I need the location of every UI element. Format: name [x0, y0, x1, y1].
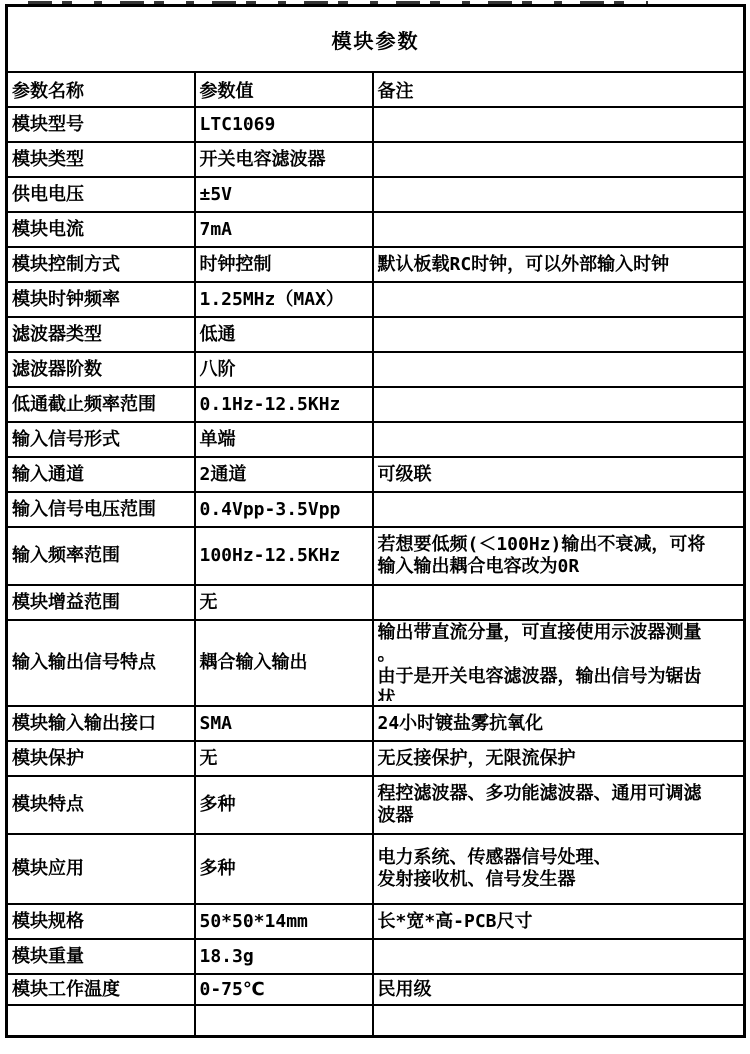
- param-name-cell: 输入通道: [7, 457, 195, 492]
- param-name-cell-text: 供电电压: [12, 184, 190, 206]
- param-name-cell-text: 模块特点: [12, 794, 190, 816]
- param-value-cell: 开关电容滤波器: [195, 142, 373, 177]
- param-value-cell: 无: [195, 585, 373, 620]
- param-name-cell-text: 模块增益范围: [12, 592, 190, 614]
- table-header-row: 参数名称 参数值 备注: [7, 72, 745, 107]
- param-name-cell: 模块型号: [7, 107, 195, 142]
- param-value-cell: 7mA: [195, 212, 373, 247]
- param-name-cell: 低通截止频率范围: [7, 387, 195, 422]
- param-name-cell-text: 模块保护: [12, 748, 190, 770]
- remark-cell: 电力系统、传感器信号处理、 发射接收机、信号发生器: [373, 834, 745, 904]
- param-value-cell: 50*50*14mm: [195, 904, 373, 939]
- remark-cell: [373, 1005, 745, 1037]
- remark-cell-text: 无反接保护，无限流保护: [378, 748, 740, 770]
- remark-cell: [373, 939, 745, 974]
- table-row: 输入信号电压范围0.4Vpp-3.5Vpp: [7, 492, 745, 527]
- param-value-cell-text: 无: [200, 592, 368, 614]
- param-name-cell: 滤波器类型: [7, 317, 195, 352]
- remark-cell: [373, 282, 745, 317]
- module-parameters-table: 模块参数 参数名称 参数值 备注 模块型号LTC1069模块类型开关电容滤波器供…: [5, 4, 746, 1038]
- param-value-cell-text: 耦合输入输出: [200, 652, 368, 674]
- remark-cell-text: 长*宽*高-PCB尺寸: [378, 911, 740, 933]
- param-value-cell-text: 无: [200, 748, 368, 770]
- param-name-cell: 模块输入输出接口: [7, 706, 195, 741]
- remark-cell-text: 程控滤波器、多功能滤波器、通用可调滤 波器: [378, 783, 740, 827]
- param-value-cell-text: 0.4Vpp-3.5Vpp: [200, 499, 368, 521]
- param-name-cell: 模块保护: [7, 741, 195, 776]
- param-value-cell-text: 2通道: [200, 464, 368, 486]
- param-value-cell-text: 时钟控制: [200, 254, 368, 276]
- param-name-cell: 模块特点: [7, 776, 195, 834]
- table-row: 模块类型开关电容滤波器: [7, 142, 745, 177]
- remark-cell: 程控滤波器、多功能滤波器、通用可调滤 波器: [373, 776, 745, 834]
- param-name-cell: 输入输出信号特点: [7, 620, 195, 706]
- remark-cell-text: 若想要低频(＜100Hz)输出不衰减，可将 输入输出耦合电容改为0R: [378, 534, 740, 578]
- remark-cell: [373, 422, 745, 457]
- table-row: 输入通道2通道可级联: [7, 457, 745, 492]
- remark-cell: 若想要低频(＜100Hz)输出不衰减，可将 输入输出耦合电容改为0R: [373, 527, 745, 585]
- column-header-param-value: 参数值: [195, 72, 373, 107]
- param-value-cell: [195, 1005, 373, 1037]
- remark-cell: 可级联: [373, 457, 745, 492]
- param-value-cell: 2通道: [195, 457, 373, 492]
- remark-cell: [373, 317, 745, 352]
- param-name-cell-text: 输入频率范围: [12, 545, 190, 567]
- param-value-cell-text: 多种: [200, 858, 368, 880]
- param-name-cell-text: 模块类型: [12, 149, 190, 171]
- table-row: 模块时钟频率1.25MHz（MAX）: [7, 282, 745, 317]
- remark-cell: [373, 352, 745, 387]
- param-name-cell-text: 低通截止频率范围: [12, 394, 190, 416]
- param-value-cell: 低通: [195, 317, 373, 352]
- param-name-cell: 输入信号电压范围: [7, 492, 195, 527]
- param-name-cell: 模块工作温度: [7, 974, 195, 1005]
- param-value-cell-text: 低通: [200, 324, 368, 346]
- table-title-row: 模块参数: [7, 6, 745, 73]
- param-name-cell-text: 模块型号: [12, 114, 190, 136]
- param-name-cell: 模块重量: [7, 939, 195, 974]
- param-name-cell: 供电电压: [7, 177, 195, 212]
- param-value-cell: 耦合输入输出: [195, 620, 373, 706]
- param-value-cell: 单端: [195, 422, 373, 457]
- param-value-cell-text: 0.1Hz-12.5KHz: [200, 394, 368, 416]
- table-row: 低通截止频率范围0.1Hz-12.5KHz: [7, 387, 745, 422]
- param-name-cell-text: 模块规格: [12, 911, 190, 933]
- table-row: 滤波器阶数八阶: [7, 352, 745, 387]
- column-header-param-name: 参数名称: [7, 72, 195, 107]
- param-value-cell: 时钟控制: [195, 247, 373, 282]
- remark-cell-text: 默认板载RC时钟，可以外部输入时钟: [378, 254, 740, 276]
- table-row: 模块控制方式时钟控制默认板载RC时钟，可以外部输入时钟: [7, 247, 745, 282]
- table-row: 模块重量18.3g: [7, 939, 745, 974]
- param-name-cell: 模块类型: [7, 142, 195, 177]
- param-name-cell-text: 滤波器阶数: [12, 359, 190, 381]
- table-row: 模块特点多种程控滤波器、多功能滤波器、通用可调滤 波器: [7, 776, 745, 834]
- param-name-cell: 模块规格: [7, 904, 195, 939]
- param-value-cell: 18.3g: [195, 939, 373, 974]
- param-value-cell-text: 0-75℃: [200, 979, 368, 1001]
- param-name-cell-text: 模块时钟频率: [12, 289, 190, 311]
- param-value-cell: 八阶: [195, 352, 373, 387]
- table-row: 模块型号LTC1069: [7, 107, 745, 142]
- remark-cell: 长*宽*高-PCB尺寸: [373, 904, 745, 939]
- table-row: 模块应用多种电力系统、传感器信号处理、 发射接收机、信号发生器: [7, 834, 745, 904]
- param-value-cell: ±5V: [195, 177, 373, 212]
- page-title: 模块参数: [7, 6, 745, 73]
- table-row: 模块电流7mA: [7, 212, 745, 247]
- param-value-cell-text: 多种: [200, 794, 368, 816]
- remark-cell: 默认板载RC时钟，可以外部输入时钟: [373, 247, 745, 282]
- param-value-cell: LTC1069: [195, 107, 373, 142]
- param-name-cell: 输入信号形式: [7, 422, 195, 457]
- param-value-cell-text: 开关电容滤波器: [200, 149, 368, 171]
- param-value-cell-text: 单端: [200, 429, 368, 451]
- remark-cell: [373, 387, 745, 422]
- table-row: 输入信号形式单端: [7, 422, 745, 457]
- table-row: 模块规格50*50*14mm长*宽*高-PCB尺寸: [7, 904, 745, 939]
- param-value-cell: 多种: [195, 776, 373, 834]
- remark-cell-text: 可级联: [378, 464, 740, 486]
- param-name-cell: 模块电流: [7, 212, 195, 247]
- table-row: 模块输入输出接口SMA24小时镀盐雾抗氧化: [7, 706, 745, 741]
- param-name-cell-text: 输入输出信号特点: [12, 652, 190, 674]
- remark-cell: [373, 142, 745, 177]
- param-value-cell: 多种: [195, 834, 373, 904]
- remark-cell: 民用级: [373, 974, 745, 1005]
- param-name-cell-text: 模块控制方式: [12, 254, 190, 276]
- param-value-cell-text: LTC1069: [200, 114, 368, 136]
- param-name-cell-text: 模块输入输出接口: [12, 713, 190, 735]
- param-value-cell-text: 1.25MHz（MAX）: [200, 289, 368, 311]
- remark-cell: [373, 177, 745, 212]
- remark-cell: 24小时镀盐雾抗氧化: [373, 706, 745, 741]
- param-value-cell-text: 18.3g: [200, 946, 368, 968]
- param-name-cell-text: 滤波器类型: [12, 324, 190, 346]
- param-value-cell: 1.25MHz（MAX）: [195, 282, 373, 317]
- param-value-cell-text: 100Hz-12.5KHz: [200, 545, 368, 567]
- remark-cell-text: 民用级: [378, 979, 740, 1001]
- remark-cell: [373, 492, 745, 527]
- param-name-cell-text: 输入信号电压范围: [12, 499, 190, 521]
- param-name-cell-text: 模块应用: [12, 858, 190, 880]
- column-header-remark: 备注: [373, 72, 745, 107]
- table-row: 模块保护无无反接保护，无限流保护: [7, 741, 745, 776]
- param-name-cell: 模块时钟频率: [7, 282, 195, 317]
- table-row: 供电电压±5V: [7, 177, 745, 212]
- document-sheet: 模块参数 参数名称 参数值 备注 模块型号LTC1069模块类型开关电容滤波器供…: [5, 4, 746, 1038]
- remark-cell-text: 电力系统、传感器信号处理、 发射接收机、信号发生器: [378, 847, 740, 891]
- param-value-cell: 无: [195, 741, 373, 776]
- table-row: 模块增益范围无: [7, 585, 745, 620]
- param-value-cell-text: 八阶: [200, 359, 368, 381]
- param-value-cell-text: 50*50*14mm: [200, 911, 368, 933]
- table-row: 输入频率范围100Hz-12.5KHz若想要低频(＜100Hz)输出不衰减，可将…: [7, 527, 745, 585]
- param-value-cell-text: ±5V: [200, 184, 368, 206]
- param-name-cell-text: 模块工作温度: [12, 979, 190, 1001]
- param-name-cell: 滤波器阶数: [7, 352, 195, 387]
- param-value-cell: 0.1Hz-12.5KHz: [195, 387, 373, 422]
- remark-cell-text: 24小时镀盐雾抗氧化: [378, 713, 740, 735]
- table-row: 模块工作温度0-75℃民用级: [7, 974, 745, 1005]
- param-name-cell-text: 输入信号形式: [12, 429, 190, 451]
- param-name-cell: [7, 1005, 195, 1037]
- param-name-cell: 模块增益范围: [7, 585, 195, 620]
- remark-cell-text: 输出带直流分量，可直接使用示波器测量 。 由于是开关电容滤波器，输出信号为锯齿 …: [378, 622, 740, 701]
- param-value-cell: 0-75℃: [195, 974, 373, 1005]
- table-row: [7, 1005, 745, 1037]
- param-name-cell-text: 输入通道: [12, 464, 190, 486]
- param-name-cell-text: 模块电流: [12, 219, 190, 241]
- remark-cell: [373, 585, 745, 620]
- param-value-cell: 0.4Vpp-3.5Vpp: [195, 492, 373, 527]
- remark-cell: [373, 107, 745, 142]
- param-name-cell-text: 模块重量: [12, 946, 190, 968]
- remark-cell: 输出带直流分量，可直接使用示波器测量 。 由于是开关电容滤波器，输出信号为锯齿 …: [373, 620, 745, 706]
- param-value-cell-text: 7mA: [200, 219, 368, 241]
- param-value-cell: SMA: [195, 706, 373, 741]
- param-value-cell-text: SMA: [200, 713, 368, 735]
- remark-cell: 无反接保护，无限流保护: [373, 741, 745, 776]
- param-name-cell: 模块控制方式: [7, 247, 195, 282]
- remark-cell: [373, 212, 745, 247]
- table-row: 输入输出信号特点耦合输入输出输出带直流分量，可直接使用示波器测量 。 由于是开关…: [7, 620, 745, 706]
- param-name-cell: 输入频率范围: [7, 527, 195, 585]
- param-name-cell: 模块应用: [7, 834, 195, 904]
- table-row: 滤波器类型低通: [7, 317, 745, 352]
- param-value-cell: 100Hz-12.5KHz: [195, 527, 373, 585]
